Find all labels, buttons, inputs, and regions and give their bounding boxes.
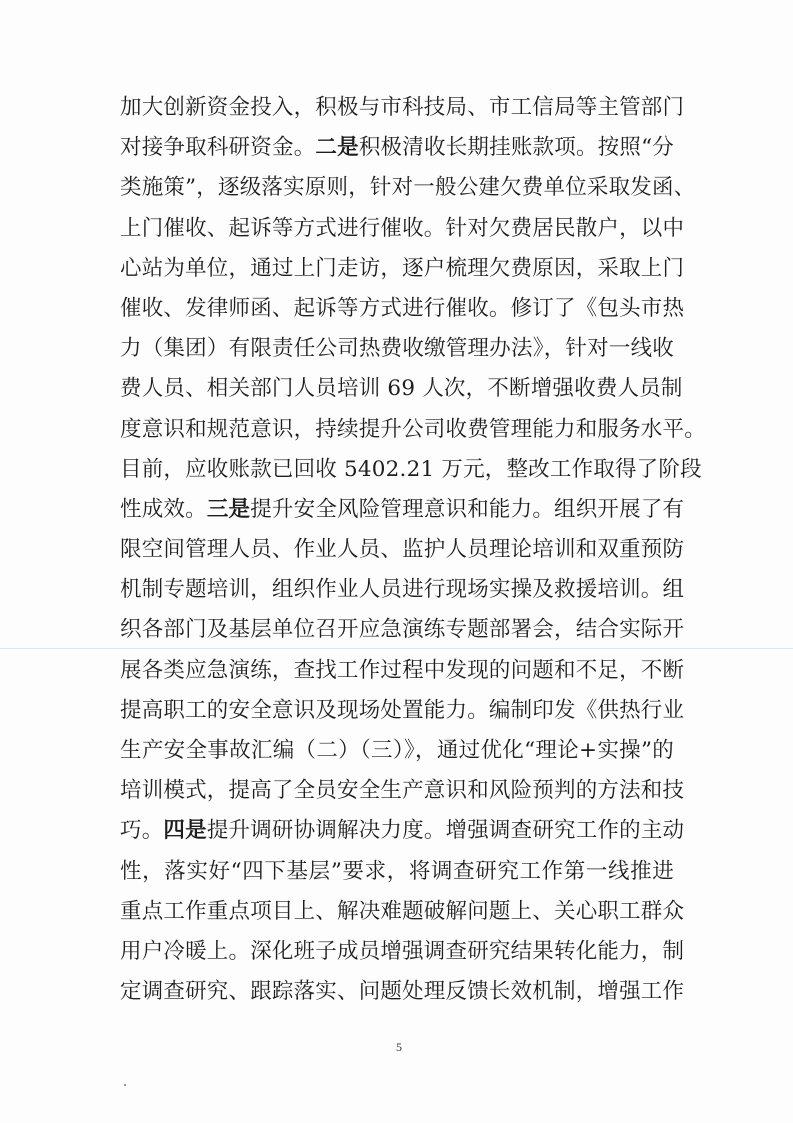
text-line: 类施策”，逐级落实原则，针对一般公建欠费单位采取发函、 (120, 168, 674, 208)
text-segment: 提高职工的安全意识及现场处置能力。编制印发《供热行业 (120, 698, 684, 723)
text-line: 上门催收、起诉等方式进行催收。针对欠费居民散户，以中 (120, 209, 674, 249)
bold-lead-phrase: 三是 (207, 497, 250, 522)
text-segment: 限空间管理人员、作业人员、监护人员理论培训和双重预防 (120, 537, 684, 562)
text-segment: 力（集团）有限责任公司热费收缴管理办法》，针对一线收 (120, 336, 674, 361)
text-line: 织各部门及基层单位召开应急演练专题部署会，结合实际开 (120, 610, 674, 650)
text-segment: 巧。 (120, 818, 163, 843)
text-line: 定调查研究、跟踪落实、问题处理反馈长效机制，增强工作 (120, 972, 674, 1012)
text-segment: 对接争取科研资金。 (120, 135, 315, 160)
text-line: 巧。四是提升调研协调解决力度。增强调查研究工作的主动 (120, 811, 674, 851)
text-line: 目前，应收账款已回收 5402.21 万元，整改工作取得了阶段 (120, 450, 674, 490)
text-segment: 机制专题培训，组织作业人员进行现场实操及救援培训。组 (120, 577, 684, 602)
text-segment: 心站为单位，通过上门走访，逐户梳理欠费原因，采取上门 (120, 256, 684, 281)
text-segment: 度意识和规范意识，持续提升公司收费管理能力和服务水平。 (120, 417, 706, 442)
text-line: 性成效。三是提升安全风险管理意识和能力。组织开展了有 (120, 490, 674, 530)
text-segment: 培训模式，提高了全员安全生产意识和风险预判的方法和技 (120, 778, 684, 803)
text-segment: 催收、发律师函、起诉等方式进行催收。修订了《包头市热 (120, 296, 684, 321)
text-segment: 提升安全风险管理意识和能力。组织开展了有 (250, 497, 684, 522)
text-line: 培训模式，提高了全员安全生产意识和风险预判的方法和技 (120, 771, 674, 811)
text-line: 限空间管理人员、作业人员、监护人员理论培训和双重预防 (120, 530, 674, 570)
text-segment: 用户冷暖上。深化班子成员增强调查研究结果转化能力，制 (120, 939, 684, 964)
text-segment: 重点工作重点项目上、解决难题破解问题上、关心职工群众 (120, 899, 684, 924)
text-line: 机制专题培训，组织作业人员进行现场实操及救援培训。组 (120, 570, 674, 610)
text-segment: 织各部门及基层单位召开应急演练专题部署会，结合实际开 (120, 617, 684, 642)
text-segment: 上门催收、起诉等方式进行催收。针对欠费居民散户，以中 (120, 216, 684, 241)
text-line: 提高职工的安全意识及现场处置能力。编制印发《供热行业 (120, 691, 674, 731)
scan-speck (124, 1084, 126, 1086)
text-segment: 目前，应收账款已回收 5402.21 万元，整改工作取得了阶段 (120, 457, 702, 482)
text-line: 催收、发律师函、起诉等方式进行催收。修订了《包头市热 (120, 289, 674, 329)
text-line: 性，落实好“四下基层”要求，将调查研究工作第一线推进 (120, 852, 674, 892)
text-segment: 提升调研协调解决力度。增强调查研究工作的主动 (207, 818, 684, 843)
text-line: 用户冷暖上。深化班子成员增强调查研究结果转化能力，制 (120, 932, 674, 972)
text-line: 心站为单位，通过上门走访，逐户梳理欠费原因，采取上门 (120, 249, 674, 289)
text-segment: 定调查研究、跟踪落实、问题处理反馈长效机制，增强工作 (120, 979, 684, 1004)
text-segment: 性成效。 (120, 497, 207, 522)
text-line: 力（集团）有限责任公司热费收缴管理办法》，针对一线收 (120, 329, 674, 369)
text-segment: 积极清收长期挂账款项。按照“分 (359, 135, 674, 160)
text-line: 费人员、相关部门人员培训 69 人次，不断增强收费人员制 (120, 369, 674, 409)
text-line: 度意识和规范意识，持续提升公司收费管理能力和服务水平。 (120, 410, 674, 450)
text-line: 生产安全事故汇编（二）（三）》，通过优化“理论+实操”的 (120, 731, 674, 771)
text-line: 重点工作重点项目上、解决难题破解问题上、关心职工群众 (120, 892, 674, 932)
text-line: 对接争取科研资金。二是积极清收长期挂账款项。按照“分 (120, 128, 674, 168)
text-line: 加大创新资金投入，积极与市科技局、市工信局等主管部门 (120, 88, 674, 128)
bold-lead-phrase: 二是 (315, 135, 358, 160)
text-line: 展各类应急演练，查找工作过程中发现的问题和不足，不断 (120, 651, 674, 691)
text-segment: 性，落实好“四下基层”要求，将调查研究工作第一线推进 (120, 859, 674, 884)
text-segment: 加大创新资金投入，积极与市科技局、市工信局等主管部门 (120, 95, 684, 120)
text-segment: 费人员、相关部门人员培训 69 人次，不断增强收费人员制 (120, 376, 683, 401)
text-segment: 生产安全事故汇编（二）（三）》，通过优化“理论+实操”的 (120, 738, 674, 763)
body-text: 加大创新资金投入，积极与市科技局、市工信局等主管部门对接争取科研资金。二是积极清… (120, 88, 674, 1012)
document-page: 加大创新资金投入，积极与市科技局、市工信局等主管部门对接争取科研资金。二是积极清… (0, 0, 793, 1123)
text-segment: 展各类应急演练，查找工作过程中发现的问题和不足，不断 (120, 658, 684, 683)
text-segment: 类施策”，逐级落实原则，针对一般公建欠费单位采取发函、 (120, 175, 695, 200)
page-number: 5 (392, 1040, 406, 1055)
bold-lead-phrase: 四是 (163, 818, 206, 843)
